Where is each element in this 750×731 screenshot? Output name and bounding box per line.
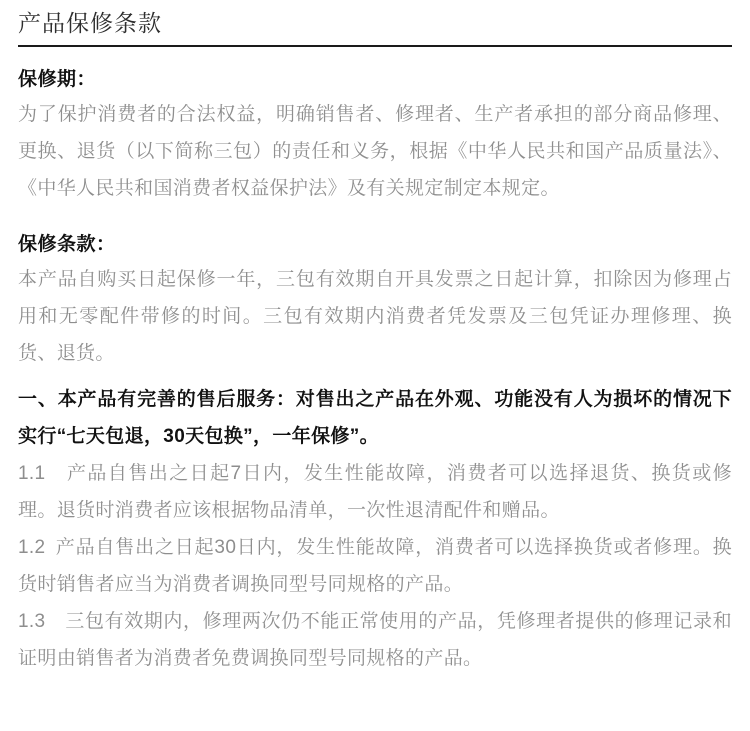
after-sale-service-heading: 一、本产品有完善的售后服务：对售出之产品在外观、功能没有人为损坏的情况下实行“七… (18, 381, 732, 455)
service-item-1-3: 1.3 三包有效期内，修理两次仍不能正常使用的产品，凭修理者提供的修理记录和证明… (18, 603, 732, 677)
warranty-terms-paragraph: 本产品自购买日起保修一年，三包有效期自开具发票之日起计算，扣除因为修理占用和无零… (18, 261, 732, 372)
warranty-period-paragraph: 为了保护消费者的合法权益，明确销售者、修理者、生产者承担的部分商品修理、更换、退… (18, 96, 732, 207)
page-title: 产品保修条款 (18, 8, 732, 38)
service-item-1-2: 1.2 产品自售出之日起30日内，发生性能故障，消费者可以选择换货或者修理。换货… (18, 529, 732, 603)
warranty-document-page: 产品保修条款 保修期： 为了保护消费者的合法权益，明确销售者、修理者、生产者承担… (0, 0, 750, 731)
warranty-period-heading: 保修期： (18, 68, 732, 92)
title-divider (18, 45, 732, 47)
warranty-terms-heading: 保修条款： (18, 233, 732, 257)
service-item-1-1: 1.1 产品自售出之日起7日内，发生性能故障，消费者可以选择退货、换货或修理。退… (18, 455, 732, 529)
